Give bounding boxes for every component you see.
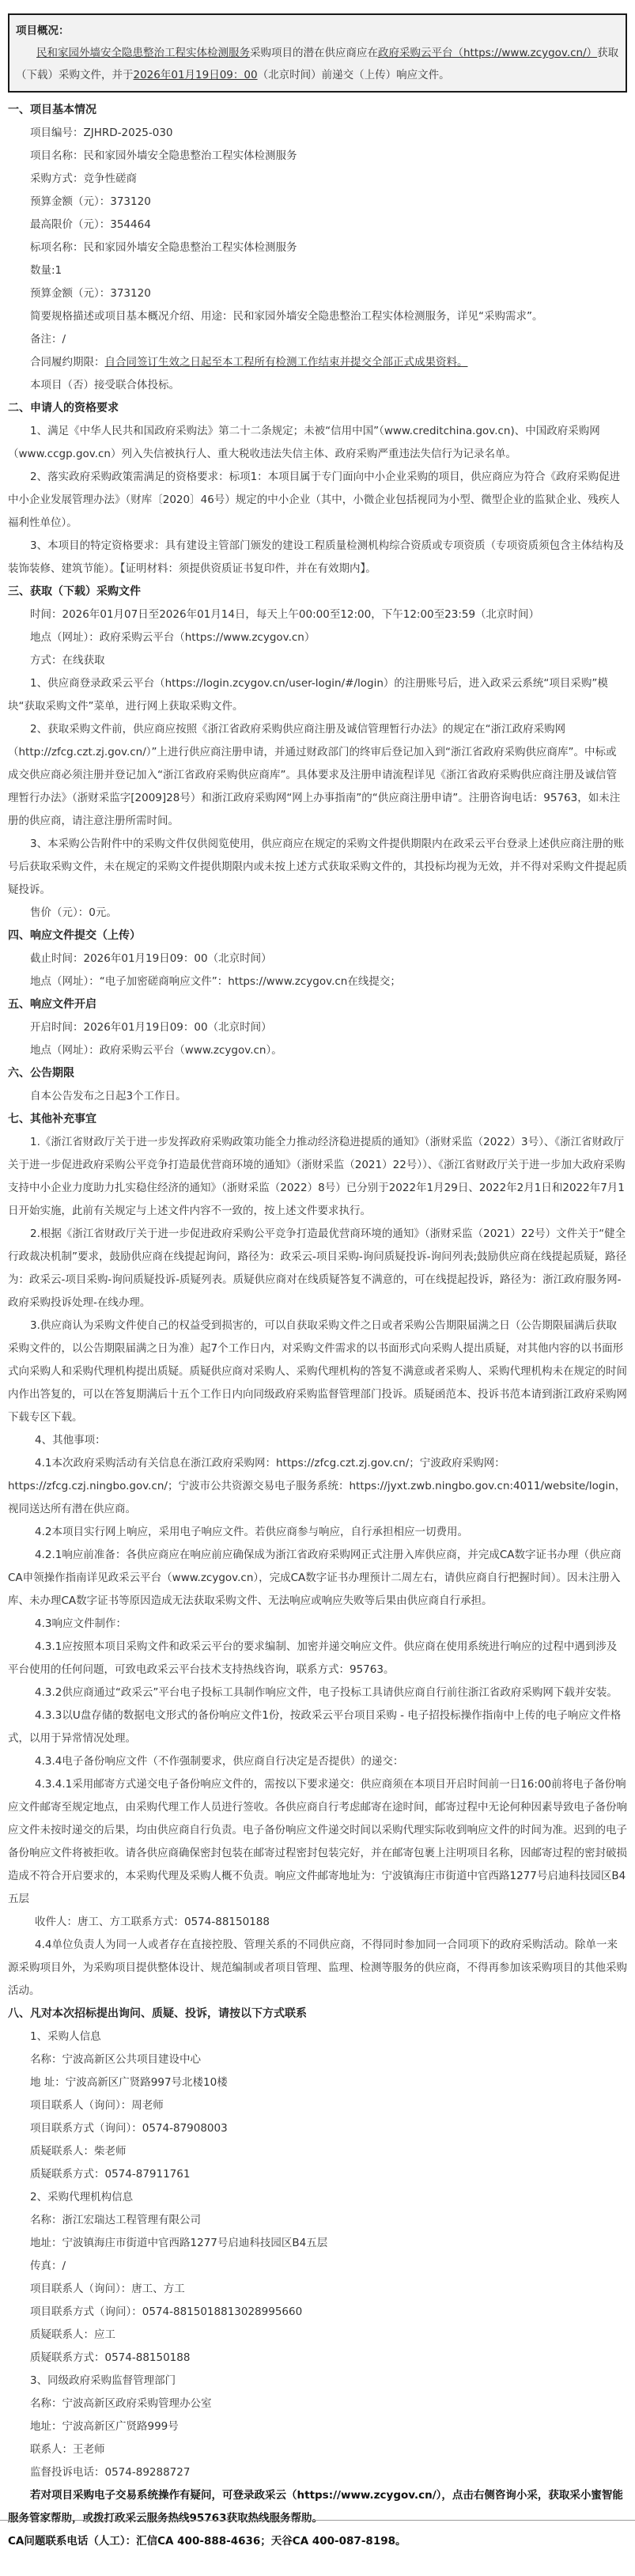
quantity: 数量:1 — [8, 259, 627, 282]
contract-period-value: 自合同签订生效之日起至本工程所有检测工作结束并提交全部正式成果资料。 — [105, 356, 468, 369]
purchaser-name: 名称：宁波高新区公共项目建设中心 — [8, 2048, 627, 2071]
obtain-method: 方式：在线获取 — [8, 649, 627, 672]
obtain-place: 地点（网址）：政府采购云平台（https://www.zcygov.cn） — [8, 626, 627, 649]
supervisor-address: 地址：宁波高新区广贤路999号 — [8, 2415, 627, 2438]
purchaser-address: 地 址：宁波高新区广贤路997号北楼10楼 — [8, 2071, 627, 2094]
other-sub-item: 4.3.1应按照本项目采购文件和政采云平台的要求编制、加密并递交响应文件。供应商… — [8, 1636, 627, 1681]
submission-deadline: 截止时间：2026年01月19日09：00（北京时间） — [8, 948, 627, 970]
section-heading-submission: 四、响应文件提交（上传） — [8, 925, 627, 948]
brief-description: 简要规格描述或项目基本概况介绍、用途：民和家园外墙安全隐患整治工程实体检测服务，… — [8, 305, 627, 328]
other-sub-item: 4.4单位负责人为同一人或者存在直接控股、管理关系的不同供应商，不得同时参加同一… — [8, 1934, 627, 2003]
submission-place: 地点（网址）：“电子加密磋商响应文件”：https://www.zcygov.c… — [8, 970, 627, 993]
supervisor-phone: 监督投诉电话：0574-89288727 — [8, 2461, 627, 2484]
announcement-document: 项目概况： 民和家园外墙安全隐患整治工程实体检测服务采购项目的潜在供应商应在政府… — [0, 0, 635, 2553]
other-sub-item: 4.1本次政府采购活动有关信息在浙江政府采购网：https://zfcg.czt… — [8, 1452, 627, 1521]
section-heading-other-matters: 七、其他补充事宜 — [8, 1108, 627, 1131]
overview-text-part: （北京时间）前递交（上传）响应文件。 — [258, 69, 450, 81]
purchaser-title: 1、采购人信息 — [8, 2026, 627, 2048]
other-sub-item: 4.3.4电子备份响应文件（不作强制要求，供应商自行决定是否提供）的递交： — [8, 1750, 627, 1773]
other-matter-item: 2.根据《浙江省财政厅关于进一步促进政府采购公平竞争打造最优营商环境的通知》（浙… — [8, 1223, 627, 1314]
section-heading-opening: 五、响应文件开启 — [8, 993, 627, 1016]
notice-period-text: 自本公告发布之日起3个工作日。 — [8, 1085, 627, 1108]
other-matter-item: 1.《浙江省财政厅关于进一步发挥政府采购政策功能全力推动经济稳进提质的通知》（浙… — [8, 1131, 627, 1223]
lot-name: 标项名称：民和家园外墙安全隐患整治工程实体检测服务 — [8, 236, 627, 259]
ca-contact-text: CA问题联系电话（人工）：汇信CA 400-888-4636；天谷CA 400-… — [8, 2530, 627, 2553]
qualification-item: 3、本项目的特定资格要求：具有建设主管部门颁发的建设工程质量检测机构综合资质或专… — [8, 535, 627, 581]
project-name: 项目名称：民和家园外墙安全隐患整治工程实体检测服务 — [8, 145, 627, 168]
supervisor-title: 3、同级政府采购监督管理部门 — [8, 2370, 627, 2393]
project-name-link[interactable]: 民和家园外墙安全隐患整治工程实体检测服务 — [36, 47, 250, 59]
purchaser-contact: 项目联系人（询问）：周老师 — [8, 2094, 627, 2117]
purchaser-objection-contact: 质疑联系人：柴老师 — [8, 2140, 627, 2163]
purchaser-objection-phone: 质疑联系方式：0574-87911761 — [8, 2163, 627, 2186]
agency-name: 名称：浙江宏瑞达工程管理有限公司 — [8, 2209, 627, 2232]
supervisor-contact: 联系人：王老师 — [8, 2438, 627, 2461]
section-heading-notice-period: 六、公告期限 — [8, 1062, 627, 1085]
obtain-time: 时间：2026年01月07日至2026年01月14日，每天上午00:00至12:… — [8, 603, 627, 626]
remarks: 备注：/ — [8, 328, 627, 351]
bottom-divider — [0, 2520, 635, 2521]
section-heading-basic-info: 一、项目基本情况 — [8, 99, 627, 122]
max-price: 最高限价（元）：354464 — [8, 214, 627, 236]
other-matter-item: 3.供应商认为采购文件使自己的权益受到损害的，可以自获取采购文件之日或者采购公告… — [8, 1314, 627, 1429]
contract-period: 合同履约期限：自合同签订生效之日起至本工程所有检测工作结束并提交全部正式成果资料… — [8, 351, 627, 374]
project-overview-box: 项目概况： 民和家园外墙安全隐患整治工程实体检测服务采购项目的潜在供应商应在政府… — [8, 13, 627, 93]
section-heading-obtain-documents: 三、获取（下载）采购文件 — [8, 581, 627, 603]
qualification-item: 2、落实政府采购政策需满足的资格要求：标项1：本项目属于专门面向中小企业采购的项… — [8, 466, 627, 535]
opening-place: 地点（网址）：政府采购云平台（www.zcygov.cn）。 — [8, 1039, 627, 1062]
agency-objection-phone: 质疑联系方式：0574-88150188 — [8, 2347, 627, 2370]
other-sub-item: 4.2本项目实行网上响应，采用电子响应文件。若供应商参与响应，自行承担相应一切费… — [8, 1521, 627, 1544]
other-sub-item: 4.3响应文件制作： — [8, 1613, 627, 1636]
procurement-method: 采购方式：竞争性磋商 — [8, 168, 627, 191]
contract-period-label: 合同履约期限： — [30, 356, 105, 369]
agency-phone: 项目联系方式（询问）：0574-8815018813028995660 — [8, 2301, 627, 2324]
agency-title: 2、采购代理机构信息 — [8, 2186, 627, 2209]
project-number: 项目编号：ZJHRD-2025-030 — [8, 122, 627, 145]
other-sub-item: 4.3.4.1采用邮寄方式递交电子备份响应文件的，需按以下要求递交：供应商须在本… — [8, 1773, 627, 1911]
qualification-item: 1、满足《中华人民共和国政府采购法》第二十二条规定；未被“信用中国”（www.c… — [8, 420, 627, 466]
other-sub-item: 4.3.2供应商通过“政采云”平台电子投标工具制作响应文件，电子投标工具请供应商… — [8, 1681, 627, 1704]
obtain-step: 1、供应商登录政采云平台（https://login.zcygov.cn/use… — [8, 672, 627, 718]
other-matters-title: 4、其他事项： — [8, 1429, 627, 1452]
purchaser-phone: 项目联系方式（询问）：0574-87908003 — [8, 2117, 627, 2140]
agency-objection-contact: 质疑联系人：应工 — [8, 2324, 627, 2347]
consortium-note: 本项目（否）接受联合体投标。 — [8, 374, 627, 397]
section-heading-contacts: 八、凡对本次招标提出询问、质疑、投诉，请按以下方式联系 — [8, 2003, 627, 2026]
other-sub-item: 4.3.3以U盘存储的数据电文形式的备份响应文件1份，按政采云平台项目采购 - … — [8, 1704, 627, 1750]
other-sub-item: 收件人：唐工、方工联系方式：0574-88150188 — [8, 1911, 627, 1934]
opening-time: 开启时间：2026年01月19日09：00（北京时间） — [8, 1016, 627, 1039]
overview-title: 项目概况： — [16, 20, 621, 42]
supervisor-name: 名称：宁波高新区政府采购管理办公室 — [8, 2393, 627, 2415]
agency-address: 地址：宁波镇海庄市街道中官西路1277号启迪科技园区B4五层 — [8, 2232, 627, 2255]
obtain-step: 3、本采购公告附件中的采购文件仅供阅览使用，供应商应在规定的采购文件提供期限内在… — [8, 833, 627, 902]
budget-amount: 预算金额（元）：373120 — [8, 191, 627, 214]
lot-budget-amount: 预算金额（元）：373120 — [8, 282, 627, 305]
other-sub-item: 4.2.1响应前准备：各供应商应在响应前应确保成为浙江省政府采购网正式注册入库供… — [8, 1544, 627, 1613]
section-heading-qualifications: 二、申请人的资格要求 — [8, 397, 627, 420]
document-price: 售价（元）：0元。 — [8, 902, 627, 925]
overview-text: 民和家园外墙安全隐患整治工程实体检测服务采购项目的潜在供应商应在政府采购云平台（… — [16, 42, 621, 86]
deadline-text: 2026年01月19日09：00 — [134, 69, 258, 81]
obtain-step: 2、获取采购文件前，供应商应按照《浙江省政府采购供应商注册及诚信管理暂行办法》的… — [8, 718, 627, 833]
platform-link[interactable]: 政府采购云平台（https://www.zcygov.cn/） — [378, 47, 597, 59]
agency-fax: 传真：/ — [8, 2255, 627, 2278]
overview-text-part: 采购项目的潜在供应商应在 — [250, 47, 378, 59]
help-text: 若对项目采购电子交易系统操作有疑问，可登录政采云（https://www.zcy… — [8, 2484, 627, 2530]
agency-contact: 项目联系人（询问）：唐工、方工 — [8, 2278, 627, 2301]
